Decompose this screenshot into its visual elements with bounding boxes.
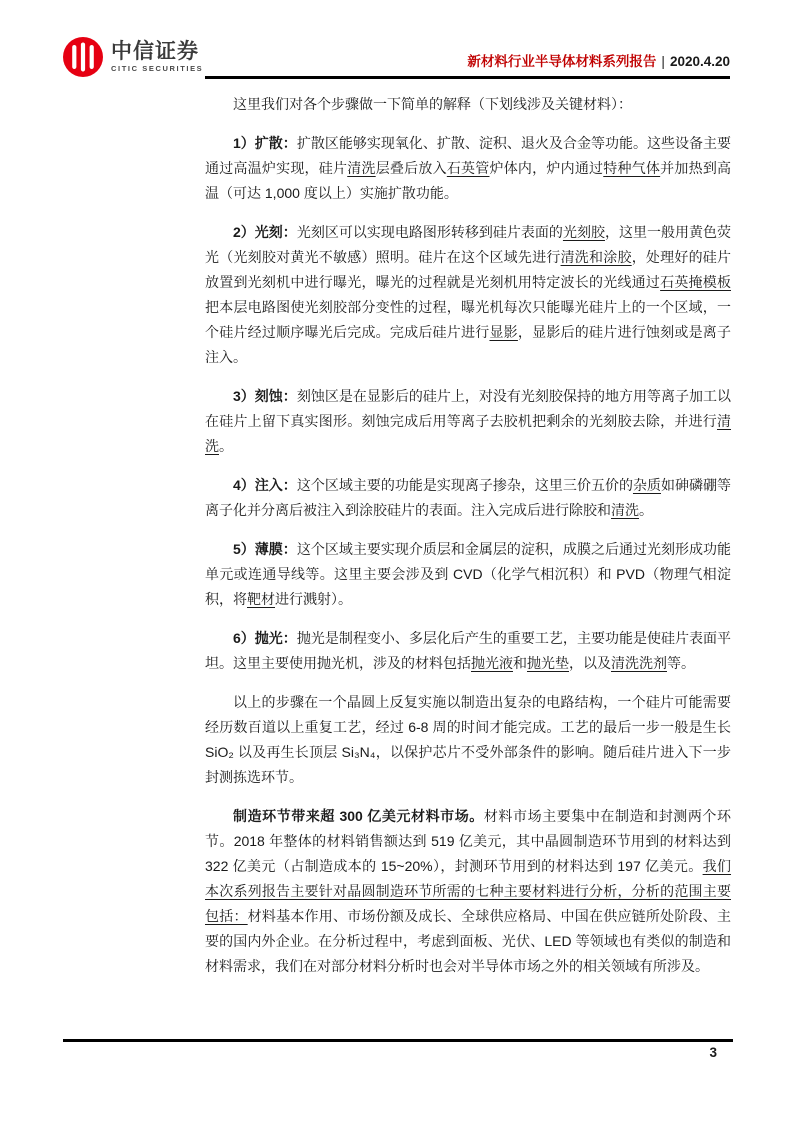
text-segment: 进行溅射）。 bbox=[275, 591, 352, 607]
key-material-underlined: 显影 bbox=[489, 324, 517, 340]
bold-lead-text: 2）光刻： bbox=[233, 224, 297, 240]
text-segment: 这里我们对各个步骤做一下简单的解释（下划线涉及关键材料）： bbox=[233, 96, 632, 112]
key-material-underlined: 抛光垫 bbox=[527, 655, 569, 671]
citic-logo: 中信证券 CITIC SECURITIES bbox=[62, 36, 203, 78]
key-material-underlined: 清洗洗剂 bbox=[611, 655, 667, 671]
text-segment: 。 bbox=[219, 438, 233, 454]
bold-lead-text: 1）扩散： bbox=[233, 135, 297, 151]
text-segment: 炉体内，炉内通过 bbox=[489, 160, 603, 176]
logo-name-en: CITIC SECURITIES bbox=[111, 65, 203, 73]
text-segment: 和 bbox=[513, 655, 527, 671]
logo-text: 中信证券 CITIC SECURITIES bbox=[111, 41, 203, 73]
key-material-underlined: 石英掩模板 bbox=[660, 274, 731, 290]
text-segment: 。 bbox=[639, 502, 653, 518]
text-segment: 材料基本作用、市场份额及成长、全球供应格局、中国在供应链所处阶段、主要的国内外企… bbox=[205, 908, 731, 974]
text-segment: 这个区域主要的功能是实现离子掺杂，这里三价五价的 bbox=[297, 477, 633, 493]
key-material-underlined: 特种气体 bbox=[603, 160, 660, 176]
paragraph: 这里我们对各个步骤做一下简单的解释（下划线涉及关键材料）： bbox=[205, 92, 731, 117]
header-separator: | bbox=[661, 54, 665, 69]
text-segment: 以上的步骤在一个晶圆上反复实施以制造出复杂的电路结构，一个硅片可能需要经历数百道… bbox=[205, 694, 731, 785]
report-page: 中信证券 CITIC SECURITIES 新材料行业半导体材料系列报告|202… bbox=[0, 0, 793, 1122]
bold-lead-text: 5）薄膜： bbox=[233, 541, 297, 557]
bold-lead-text: 6）抛光： bbox=[233, 630, 297, 646]
text-segment: 层叠后放入 bbox=[376, 160, 447, 176]
footer-rule bbox=[63, 1039, 733, 1042]
paragraph: 5）薄膜：这个区域主要实现介质层和金属层的淀积，成膜之后通过光刻形成功能单元或连… bbox=[205, 537, 731, 612]
bold-lead-text: 4）注入： bbox=[233, 477, 297, 493]
paragraph: 以上的步骤在一个晶圆上反复实施以制造出复杂的电路结构，一个硅片可能需要经历数百道… bbox=[205, 690, 731, 790]
key-material-underlined: 清洗和涂胶 bbox=[561, 249, 632, 265]
key-material-underlined: 光刻胶 bbox=[563, 224, 605, 240]
paragraph: 1）扩散：扩散区能够实现氧化、扩散、淀积、退火及合金等功能。这些设备主要通过高温… bbox=[205, 131, 731, 206]
key-material-underlined: 靶材 bbox=[247, 591, 275, 607]
bold-lead-text: 3）刻蚀： bbox=[233, 388, 297, 404]
paragraph: 2）光刻：光刻区可以实现电路图形转移到硅片表面的光刻胶，这里一般用黄色荧光（光刻… bbox=[205, 220, 731, 370]
text-segment: 等。 bbox=[667, 655, 695, 671]
text-segment: 光刻区可以实现电路图形转移到硅片表面的 bbox=[297, 224, 563, 240]
paragraph: 6）抛光：抛光是制程变小、多层化后产生的重要工艺，主要功能是使硅片表面平坦。这里… bbox=[205, 626, 731, 676]
citic-logo-icon bbox=[62, 36, 104, 78]
page-number: 3 bbox=[709, 1045, 717, 1060]
paragraph: 3）刻蚀：刻蚀区是在显影后的硅片上，对没有光刻胶保持的地方用等离子加工以在硅片上… bbox=[205, 384, 731, 459]
key-material-underlined: 抛光液 bbox=[471, 655, 513, 671]
paragraph: 制造环节带来超 300 亿美元材料市场。材料市场主要集中在制造和封测两个环节。2… bbox=[205, 804, 731, 979]
text-segment: ，以及 bbox=[569, 655, 611, 671]
bold-lead-text: 制造环节带来超 300 亿美元材料市场。 bbox=[233, 808, 484, 824]
header-meta: 新材料行业半导体材料系列报告|2020.4.20 bbox=[467, 50, 730, 70]
report-date: 2020.4.20 bbox=[670, 54, 730, 69]
logo-name-cn: 中信证券 bbox=[111, 41, 203, 62]
key-material-underlined: 清洗 bbox=[347, 160, 375, 176]
paragraph: 4）注入：这个区域主要的功能是实现离子掺杂，这里三价五价的杂质如砷磷硼等离子化并… bbox=[205, 473, 731, 523]
header-rule bbox=[205, 76, 730, 79]
key-material-underlined: 石英管 bbox=[447, 160, 490, 176]
key-material-underlined: 清洗 bbox=[611, 502, 639, 518]
document-body: 这里我们对各个步骤做一下简单的解释（下划线涉及关键材料）：1）扩散：扩散区能够实… bbox=[205, 92, 731, 993]
report-series-title: 新材料行业半导体材料系列报告 bbox=[467, 54, 656, 69]
key-material-underlined: 杂质 bbox=[633, 477, 661, 493]
